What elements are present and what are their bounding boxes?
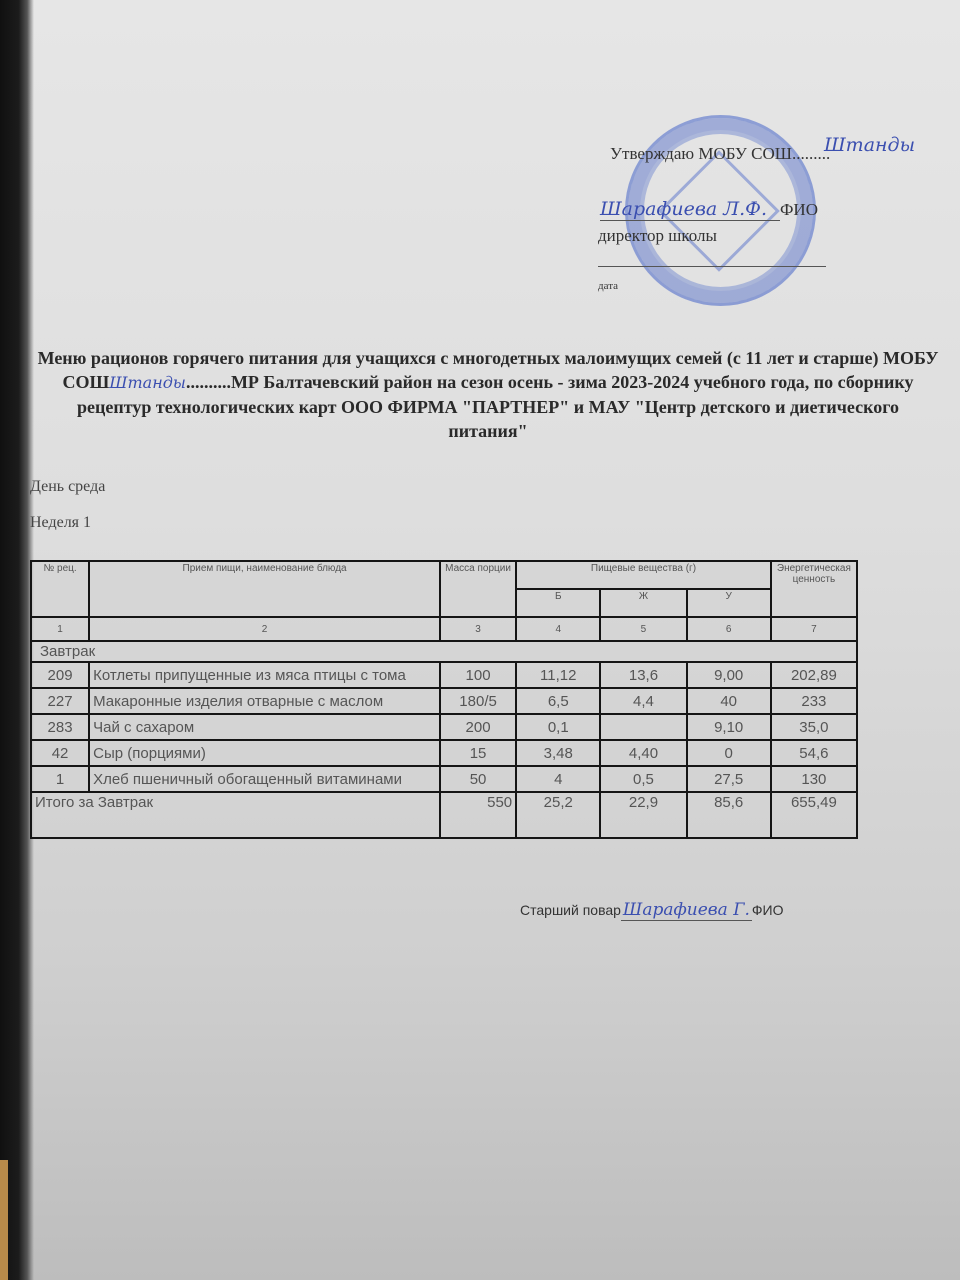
- fio-label: ФИО: [780, 200, 818, 219]
- cell-name: Котлеты припущенные из мяса птицы с тома: [89, 662, 440, 688]
- cell-rec: 227: [31, 688, 89, 714]
- cook-signature-line: Старший поварШарафиева Г.ФИО: [520, 900, 784, 920]
- cell-mass: 180/5: [440, 688, 516, 714]
- date-underline: [598, 266, 826, 267]
- col-num: 1: [31, 617, 89, 641]
- week-label: Неделя 1: [30, 514, 91, 532]
- header-row: № рец. Прием пищи, наименование блюда Ма…: [31, 561, 857, 589]
- approve-signature: Штанды: [824, 134, 915, 156]
- table-row: 209 Котлеты припущенные из мяса птицы с …: [31, 662, 857, 688]
- col-num: 2: [89, 617, 440, 641]
- cell-fat: 4,40: [600, 740, 686, 766]
- cell-carbs: 27,5: [687, 766, 771, 792]
- table-row: 227 Макаронные изделия отварные с маслом…: [31, 688, 857, 714]
- cell-protein: 11,12: [516, 662, 600, 688]
- table-row: 42 Сыр (порциями) 15 3,48 4,40 0 54,6: [31, 740, 857, 766]
- director-fio-line: Шарафиева Л.Ф.ФИО: [600, 198, 818, 221]
- cell-energy: 233: [771, 688, 857, 714]
- cell-mass: 200: [440, 714, 516, 740]
- header-carbs: У: [687, 589, 771, 617]
- cell-name: Чай с сахаром: [89, 714, 440, 740]
- cell-energy: 130: [771, 766, 857, 792]
- cell-carbs: 40: [687, 688, 771, 714]
- table-row: 1 Хлеб пшеничный обогащенный витаминами …: [31, 766, 857, 792]
- cell-carbs: 9,00: [687, 662, 771, 688]
- cell-fat: [600, 714, 686, 740]
- cell-mass: 50: [440, 766, 516, 792]
- director-label: директор школы: [598, 226, 717, 246]
- title-signature: Штанды: [109, 373, 186, 392]
- cell-protein: 6,5: [516, 688, 600, 714]
- total-label: Итого за Завтрак: [31, 792, 440, 838]
- cell-name: Макаронные изделия отварные с маслом: [89, 688, 440, 714]
- cell-name: Сыр (порциями): [89, 740, 440, 766]
- cell-rec: 283: [31, 714, 89, 740]
- header-protein: Б: [516, 589, 600, 617]
- cell-energy: 35,0: [771, 714, 857, 740]
- page-title: Меню рационов горячего питания для учащи…: [36, 346, 940, 443]
- date-label: дата: [598, 280, 618, 292]
- cell-fat: 4,4: [600, 688, 686, 714]
- total-protein: 25,2: [516, 792, 600, 838]
- director-signature: Шарафиева Л.Ф.: [600, 198, 780, 221]
- cook-signature: Шарафиева Г.: [621, 900, 752, 921]
- cell-energy: 202,89: [771, 662, 857, 688]
- total-mass: 550: [440, 792, 516, 838]
- total-row: Итого за Завтрак 550 25,2 22,9 85,6 655,…: [31, 792, 857, 838]
- col-num: 6: [687, 617, 771, 641]
- cell-mass: 15: [440, 740, 516, 766]
- header-mass: Масса порции: [440, 561, 516, 617]
- menu-table: № рец. Прием пищи, наименование блюда Ма…: [30, 560, 858, 839]
- cell-protein: 4: [516, 766, 600, 792]
- total-energy: 655,49: [771, 792, 857, 838]
- cell-rec: 209: [31, 662, 89, 688]
- cell-rec: 42: [31, 740, 89, 766]
- total-fat: 22,9: [600, 792, 686, 838]
- day-label: День среда: [30, 478, 105, 496]
- header-energy: Энергетическая ценность: [771, 561, 857, 617]
- cell-carbs: 9,10: [687, 714, 771, 740]
- cell-fat: 0,5: [600, 766, 686, 792]
- table-row: 283 Чай с сахаром 200 0,1 9,10 35,0: [31, 714, 857, 740]
- col-num: 5: [600, 617, 686, 641]
- table-surface: [0, 1160, 8, 1280]
- cell-energy: 54,6: [771, 740, 857, 766]
- cell-protein: 3,48: [516, 740, 600, 766]
- cook-label: Старший повар: [520, 902, 621, 918]
- title-dots: ..........: [186, 372, 231, 392]
- total-carbs: 85,6: [687, 792, 771, 838]
- section-row: Завтрак: [31, 641, 857, 662]
- scan-binding-edge: [0, 0, 34, 1280]
- approve-line: Утверждаю МОБУ СОШ......... Штанды: [610, 144, 830, 164]
- col-num: 3: [440, 617, 516, 641]
- cell-protein: 0,1: [516, 714, 600, 740]
- section-label: Завтрак: [31, 641, 857, 662]
- header-fat: Ж: [600, 589, 686, 617]
- header-rec-no: № рец.: [31, 561, 89, 617]
- cell-carbs: 0: [687, 740, 771, 766]
- approve-text: Утверждаю МОБУ СОШ: [610, 144, 792, 163]
- col-num: 7: [771, 617, 857, 641]
- cell-name: Хлеб пшеничный обогащенный витаминами: [89, 766, 440, 792]
- cell-mass: 100: [440, 662, 516, 688]
- column-number-row: 1 2 3 4 5 6 7: [31, 617, 857, 641]
- cook-fio-label: ФИО: [752, 902, 784, 918]
- col-num: 4: [516, 617, 600, 641]
- header-nutrients: Пищевые вещества (г): [516, 561, 771, 589]
- cell-rec: 1: [31, 766, 89, 792]
- header-dish: Прием пищи, наименование блюда: [89, 561, 440, 617]
- cell-fat: 13,6: [600, 662, 686, 688]
